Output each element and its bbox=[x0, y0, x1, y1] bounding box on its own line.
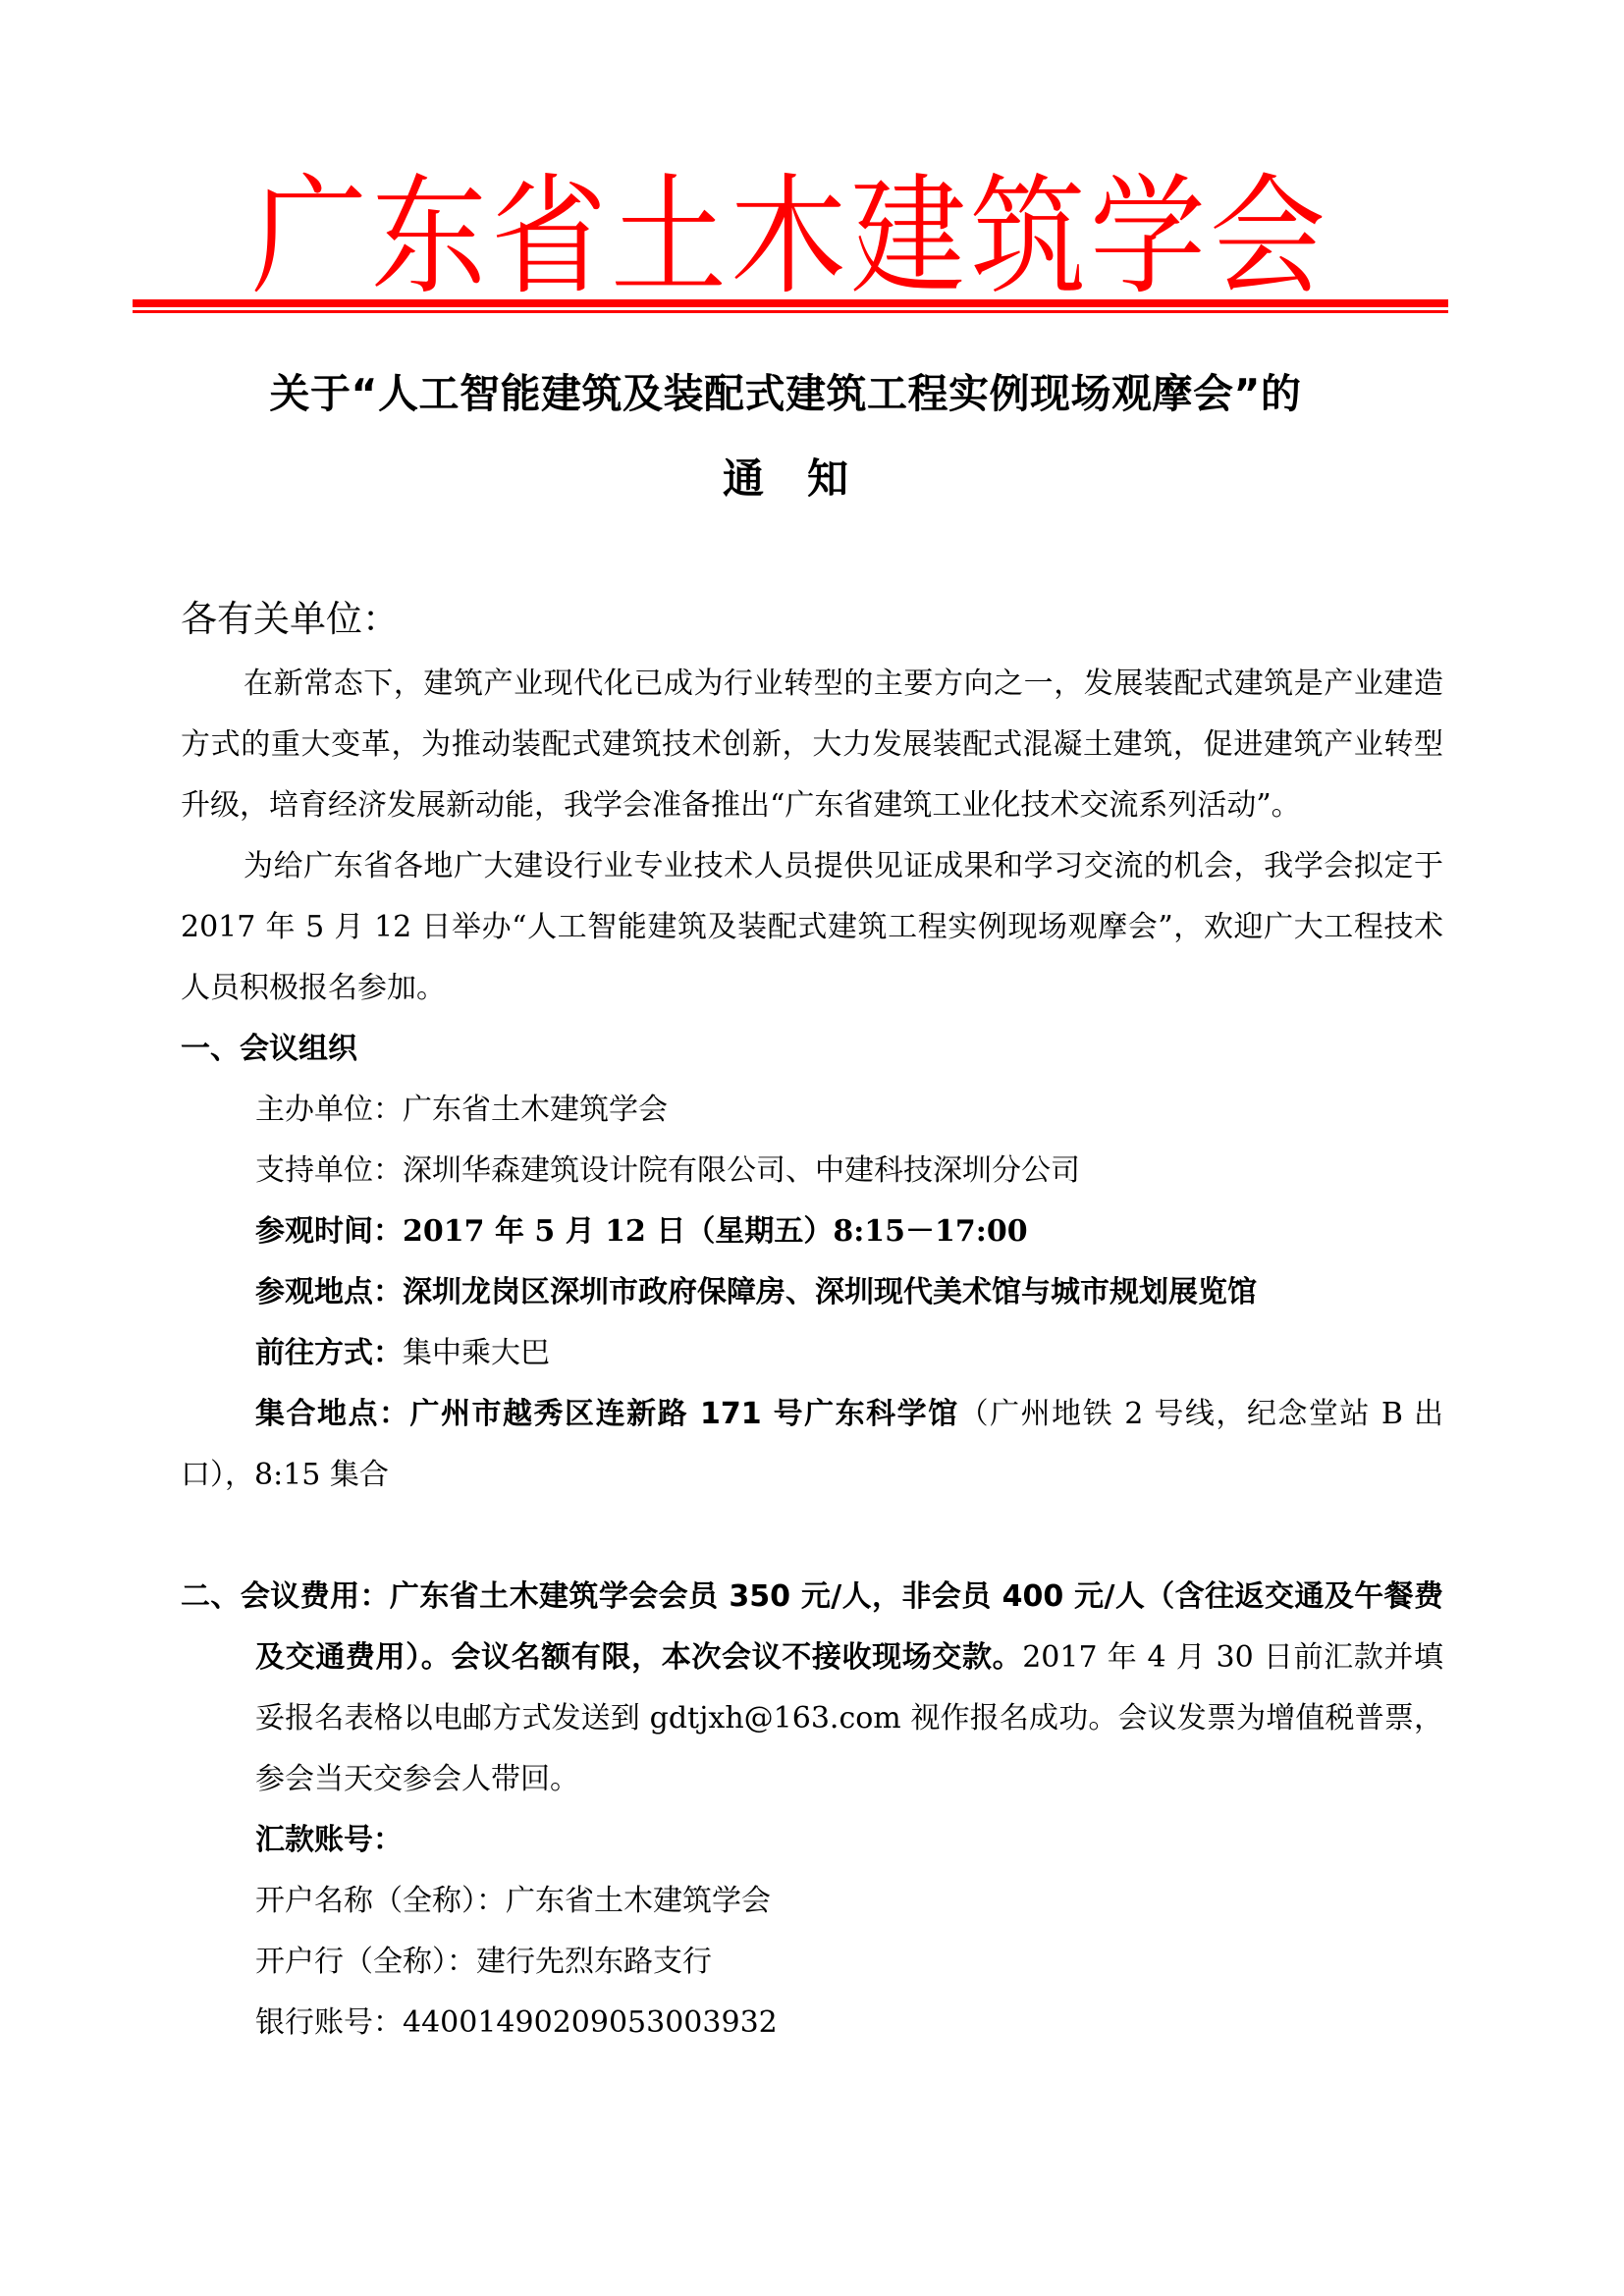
visit-location-label: 参观地点： bbox=[255, 1275, 403, 1309]
fee-paragraph: 二、会议费用：广东省土木建筑学会会员 350 元/人，非会员 400 元/人（含… bbox=[181, 1567, 1443, 1810]
transport-value: 集中乘大巴 bbox=[403, 1336, 550, 1370]
bank-branch-row: 开户行（全称）：建行先烈东路支行 bbox=[181, 1932, 1443, 1993]
intro-paragraph-2: 为给广东省各地广大建设行业专业技术人员提供见证成果和学习交流的机会，我学会拟定于… bbox=[181, 836, 1443, 1019]
transport-row: 前往方式：集中乘大巴 bbox=[181, 1323, 1443, 1384]
meeting-point-label: 集合地点： bbox=[255, 1397, 410, 1431]
account-number-label: 银行账号： bbox=[255, 2005, 403, 2040]
salutation: 各有关单位： bbox=[181, 589, 1443, 650]
visit-time-value: 2017 年 5 月 12 日（星期五）8:15－17:00 bbox=[403, 1214, 1028, 1249]
section-2-heading: 二、会议费用： bbox=[181, 1579, 390, 1614]
organizer-row: 主办单位：广东省土木建筑学会 bbox=[181, 1080, 1443, 1141]
supporter-label: 支持单位： bbox=[255, 1153, 403, 1188]
organizer-value: 广东省土木建筑学会 bbox=[403, 1093, 668, 1127]
account-number-row: 银行账号：44001490209053003932 bbox=[181, 1993, 1443, 2054]
masthead-rule-thin bbox=[133, 310, 1448, 313]
visit-time-row: 参观时间：2017 年 5 月 12 日（星期五）8:15－17:00 bbox=[181, 1201, 1443, 1262]
intro-paragraph-1: 在新常态下，建筑产业现代化已成为行业转型的主要方向之一，发展装配式建筑是产业建造… bbox=[181, 654, 1443, 836]
account-name-label: 开户名称（全称）： bbox=[255, 1884, 506, 1918]
document-page: 广东省土木建筑学会 关于“人工智能建筑及装配式建筑工程实例现场观摩会”的 通知 … bbox=[0, 0, 1624, 2296]
organizer-label: 主办单位： bbox=[255, 1093, 403, 1127]
transport-label: 前往方式： bbox=[255, 1336, 403, 1370]
supporter-value: 深圳华森建筑设计院有限公司、中建科技深圳分公司 bbox=[403, 1153, 1080, 1188]
bank-branch-value: 建行先烈东路支行 bbox=[476, 1945, 712, 1979]
visit-location-value: 深圳龙岗区深圳市政府保障房、深圳现代美术馆与城市规划展览馆 bbox=[403, 1275, 1257, 1309]
account-number-value: 44001490209053003932 bbox=[403, 2005, 778, 2040]
notice-body: 各有关单位： 在新常态下，建筑产业现代化已成为行业转型的主要方向之一，发展装配式… bbox=[181, 589, 1443, 2054]
notice-subtitle: 通知 bbox=[157, 454, 1414, 504]
meeting-point-value-bold: 广州市越秀区连新路 171 号广东科学馆 bbox=[410, 1397, 959, 1431]
meeting-point-row: 集合地点：广州市越秀区连新路 171 号广东科学馆（广州地铁 2 号线，纪念堂站… bbox=[181, 1384, 1443, 1506]
account-name-value: 广东省土木建筑学会 bbox=[506, 1884, 771, 1918]
visit-location-row: 参观地点：深圳龙岗区深圳市政府保障房、深圳现代美术馆与城市规划展览馆 bbox=[181, 1262, 1443, 1323]
account-name-row: 开户名称（全称）：广东省土木建筑学会 bbox=[181, 1871, 1443, 1932]
section-1-heading: 一、会议组织 bbox=[181, 1019, 1443, 1080]
supporter-row: 支持单位：深圳华森建筑设计院有限公司、中建科技深圳分公司 bbox=[181, 1141, 1443, 1201]
masthead-org-name: 广东省土木建筑学会 bbox=[133, 165, 1448, 308]
masthead-rule-thick bbox=[133, 299, 1448, 307]
notice-title: 关于“人工智能建筑及装配式建筑工程实例现场观摩会”的 bbox=[157, 369, 1414, 418]
account-heading: 汇款账号： bbox=[181, 1810, 1443, 1871]
visit-time-label: 参观时间： bbox=[255, 1214, 403, 1249]
bank-branch-label: 开户行（全称）： bbox=[255, 1945, 476, 1979]
spacer bbox=[181, 1506, 1443, 1567]
